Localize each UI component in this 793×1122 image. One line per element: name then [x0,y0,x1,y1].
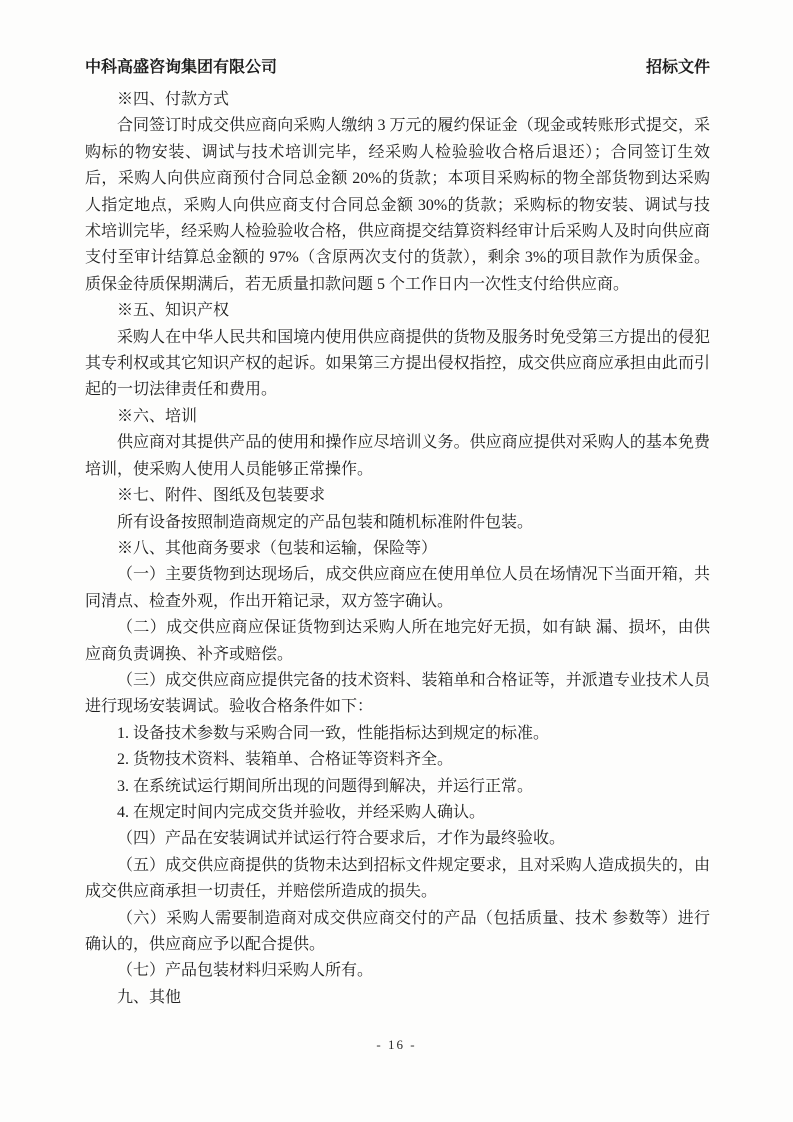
section-heading: ※四、付款方式 [85,87,710,113]
paragraph: 合同签订时成交供应商向采购人缴纳 3 万元的履约保证金（现金或转账形式提交，采购… [85,113,710,298]
paragraph: （六）采购人需要制造商对成交供应商交付的产品（包括质量、技术 参数等）进行确认的… [85,906,710,959]
paragraph: 所有设备按照制造商规定的产品包装和随机标准附件包装。 [85,510,710,536]
page-footer: - 16 - [0,1037,793,1053]
section-heading: ※八、其他商务要求（包装和运输，保险等） [85,536,710,562]
page-header: 中科高盛咨询集团有限公司 招标文件 [85,58,710,78]
header-doc-label: 招标文件 [646,58,710,78]
section-heading: 九、其他 [85,985,710,1011]
paragraph: （三）成交供应商应提供完备的技术资料、装箱单和合格证等，并派遣专业技术人员进行现… [85,668,710,721]
paragraph: （一）主要货物到达现场后，成交供应商应在使用单位人员在场情况下当面开箱，共同清点… [85,562,710,615]
section-heading: ※五、知识产权 [85,298,710,324]
section-heading: ※六、培训 [85,404,710,430]
page-number: - 16 - [376,1037,416,1052]
paragraph: 采购人在中华人民共和国境内使用供应商提供的货物及服务时免受第三方提出的侵犯其专利… [85,325,710,404]
paragraph: （七）产品包装材料归采购人所有。 [85,958,710,984]
list-item: 3. 在系统试运行期间所出现的问题得到解决，并运行正常。 [85,774,710,800]
paragraph: （四）产品在安装调试并试运行符合要求后，才作为最终验收。 [85,826,710,852]
section-heading: ※七、附件、图纸及包装要求 [85,483,710,509]
list-item: 2. 货物技术资料、装箱单、合格证等资料齐全。 [85,747,710,773]
list-item: 4. 在规定时间内完成交货并验收，并经采购人确认。 [85,800,710,826]
paragraph: 供应商对其提供产品的使用和操作应尽培训义务。供应商应提供对采购人的基本免费培训，… [85,430,710,483]
paragraph: （二）成交供应商应保证货物到达采购人所在地完好无损，如有缺 漏、损坏，由供应商负… [85,615,710,668]
header-company-name: 中科高盛咨询集团有限公司 [85,58,277,78]
list-item: 1. 设备技术参数与采购合同一致，性能指标达到规定的标准。 [85,721,710,747]
document-body: ※四、付款方式合同签订时成交供应商向采购人缴纳 3 万元的履约保证金（现金或转账… [85,87,710,1011]
document-page: 中科高盛咨询集团有限公司 招标文件 ※四、付款方式合同签订时成交供应商向采购人缴… [0,0,793,1122]
paragraph: （五）成交供应商提供的货物未达到招标文件规定要求，且对采购人造成损失的，由成交供… [85,853,710,906]
